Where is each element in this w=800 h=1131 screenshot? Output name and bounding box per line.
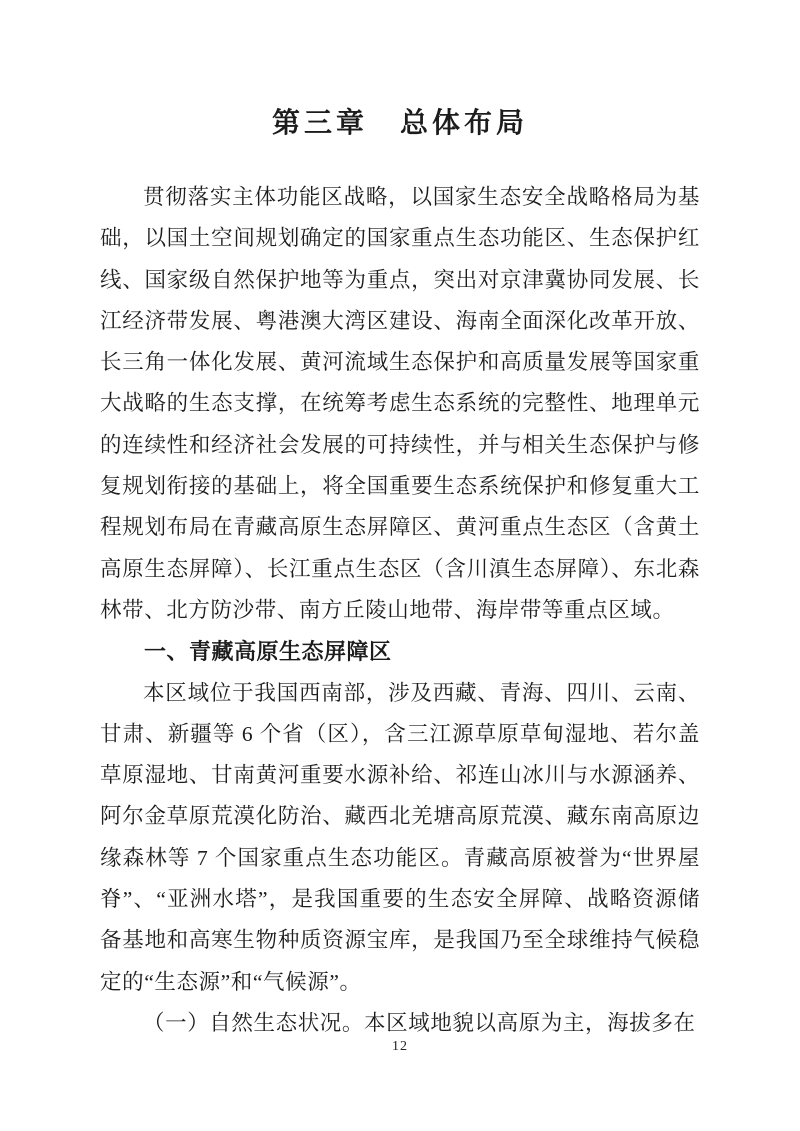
subitem-lead-label: （一）自然生态状况。 xyxy=(143,1011,364,1035)
chapter-title: 第三章 总体布局 xyxy=(100,104,700,144)
paragraph-region-description: 本区域位于我国西南部，涉及西藏、青海、四川、云南、甘肃、新疆等 6 个省（区），… xyxy=(100,673,700,1003)
paragraph-overview: 贯彻落实主体功能区战略，以国家生态安全战略格局为基础，以国土空间规划确定的国家重… xyxy=(100,177,700,631)
document-page: 第三章 总体布局 贯彻落实主体功能区战略，以国家生态安全战略格局为基础，以国土空… xyxy=(0,0,800,1131)
subitem-body-text: 本区域地貌以高原为主，海拔多在 xyxy=(364,1011,696,1035)
page-content: 第三章 总体布局 贯彻落实主体功能区战略，以国家生态安全战略格局为基础，以国土空… xyxy=(0,0,800,1044)
page-number: 12 xyxy=(0,1039,800,1055)
section-heading-qingzang-plateau: 一、青藏高原生态屏障区 xyxy=(100,631,700,672)
